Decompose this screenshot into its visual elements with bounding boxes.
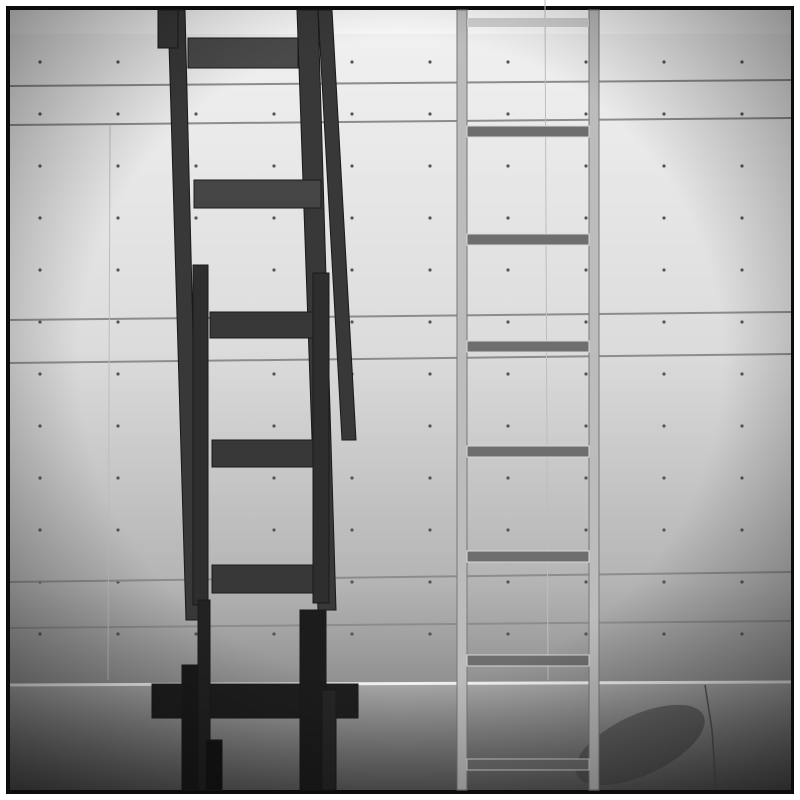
vignette-overlay (10, 10, 791, 790)
photograph (0, 0, 800, 800)
